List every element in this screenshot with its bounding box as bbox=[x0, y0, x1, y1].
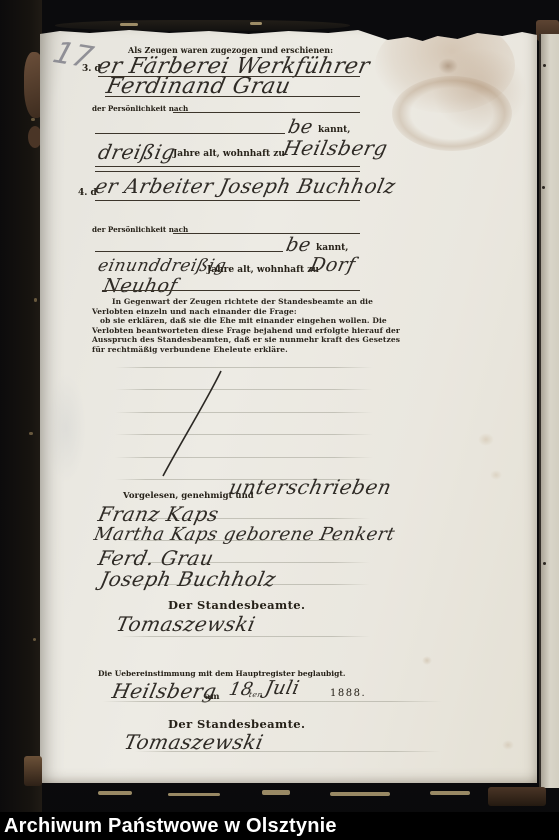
signature-witness: Franz Kaps bbox=[96, 502, 221, 526]
scanned-register-screenshot: 17 Als Zeugen waren zugezogen und erschi… bbox=[0, 0, 559, 840]
register-page: 17 Als Zeugen waren zugezogen und erschi… bbox=[40, 28, 537, 783]
binding-bottom-left bbox=[24, 756, 42, 786]
closing-hand: unterschrieben bbox=[227, 475, 394, 499]
certification-day-suffix: ten bbox=[248, 690, 264, 699]
book-top-edge bbox=[55, 20, 350, 31]
certification-month-hand: Juli bbox=[263, 677, 302, 699]
archive-caption-bar: Archiwum Państwowe w Olsztynie bbox=[0, 812, 559, 840]
registrar-title: Der Standesbeamte. bbox=[168, 598, 305, 612]
signature-witness: Joseph Buchholz bbox=[98, 567, 278, 591]
certification-label: Die Uebereinstimmung mit dem Hauptregist… bbox=[98, 669, 345, 678]
registrar-signature: Tomaszewski bbox=[114, 612, 258, 636]
signature-witness: Martha Kaps geborene Penkert bbox=[92, 524, 397, 545]
next-page-edge bbox=[539, 34, 559, 788]
binding-bottom-right bbox=[488, 787, 546, 806]
archive-caption-text: Archiwum Państwowe w Olsztynie bbox=[0, 815, 337, 838]
certification-registrar-title: Der Standesbeamte. bbox=[168, 717, 305, 731]
binding-tear-small bbox=[28, 126, 42, 148]
certification-place-hand: Heilsberg bbox=[110, 679, 219, 703]
certification-year: 1888. bbox=[330, 688, 366, 699]
book-binding-left bbox=[0, 0, 42, 812]
